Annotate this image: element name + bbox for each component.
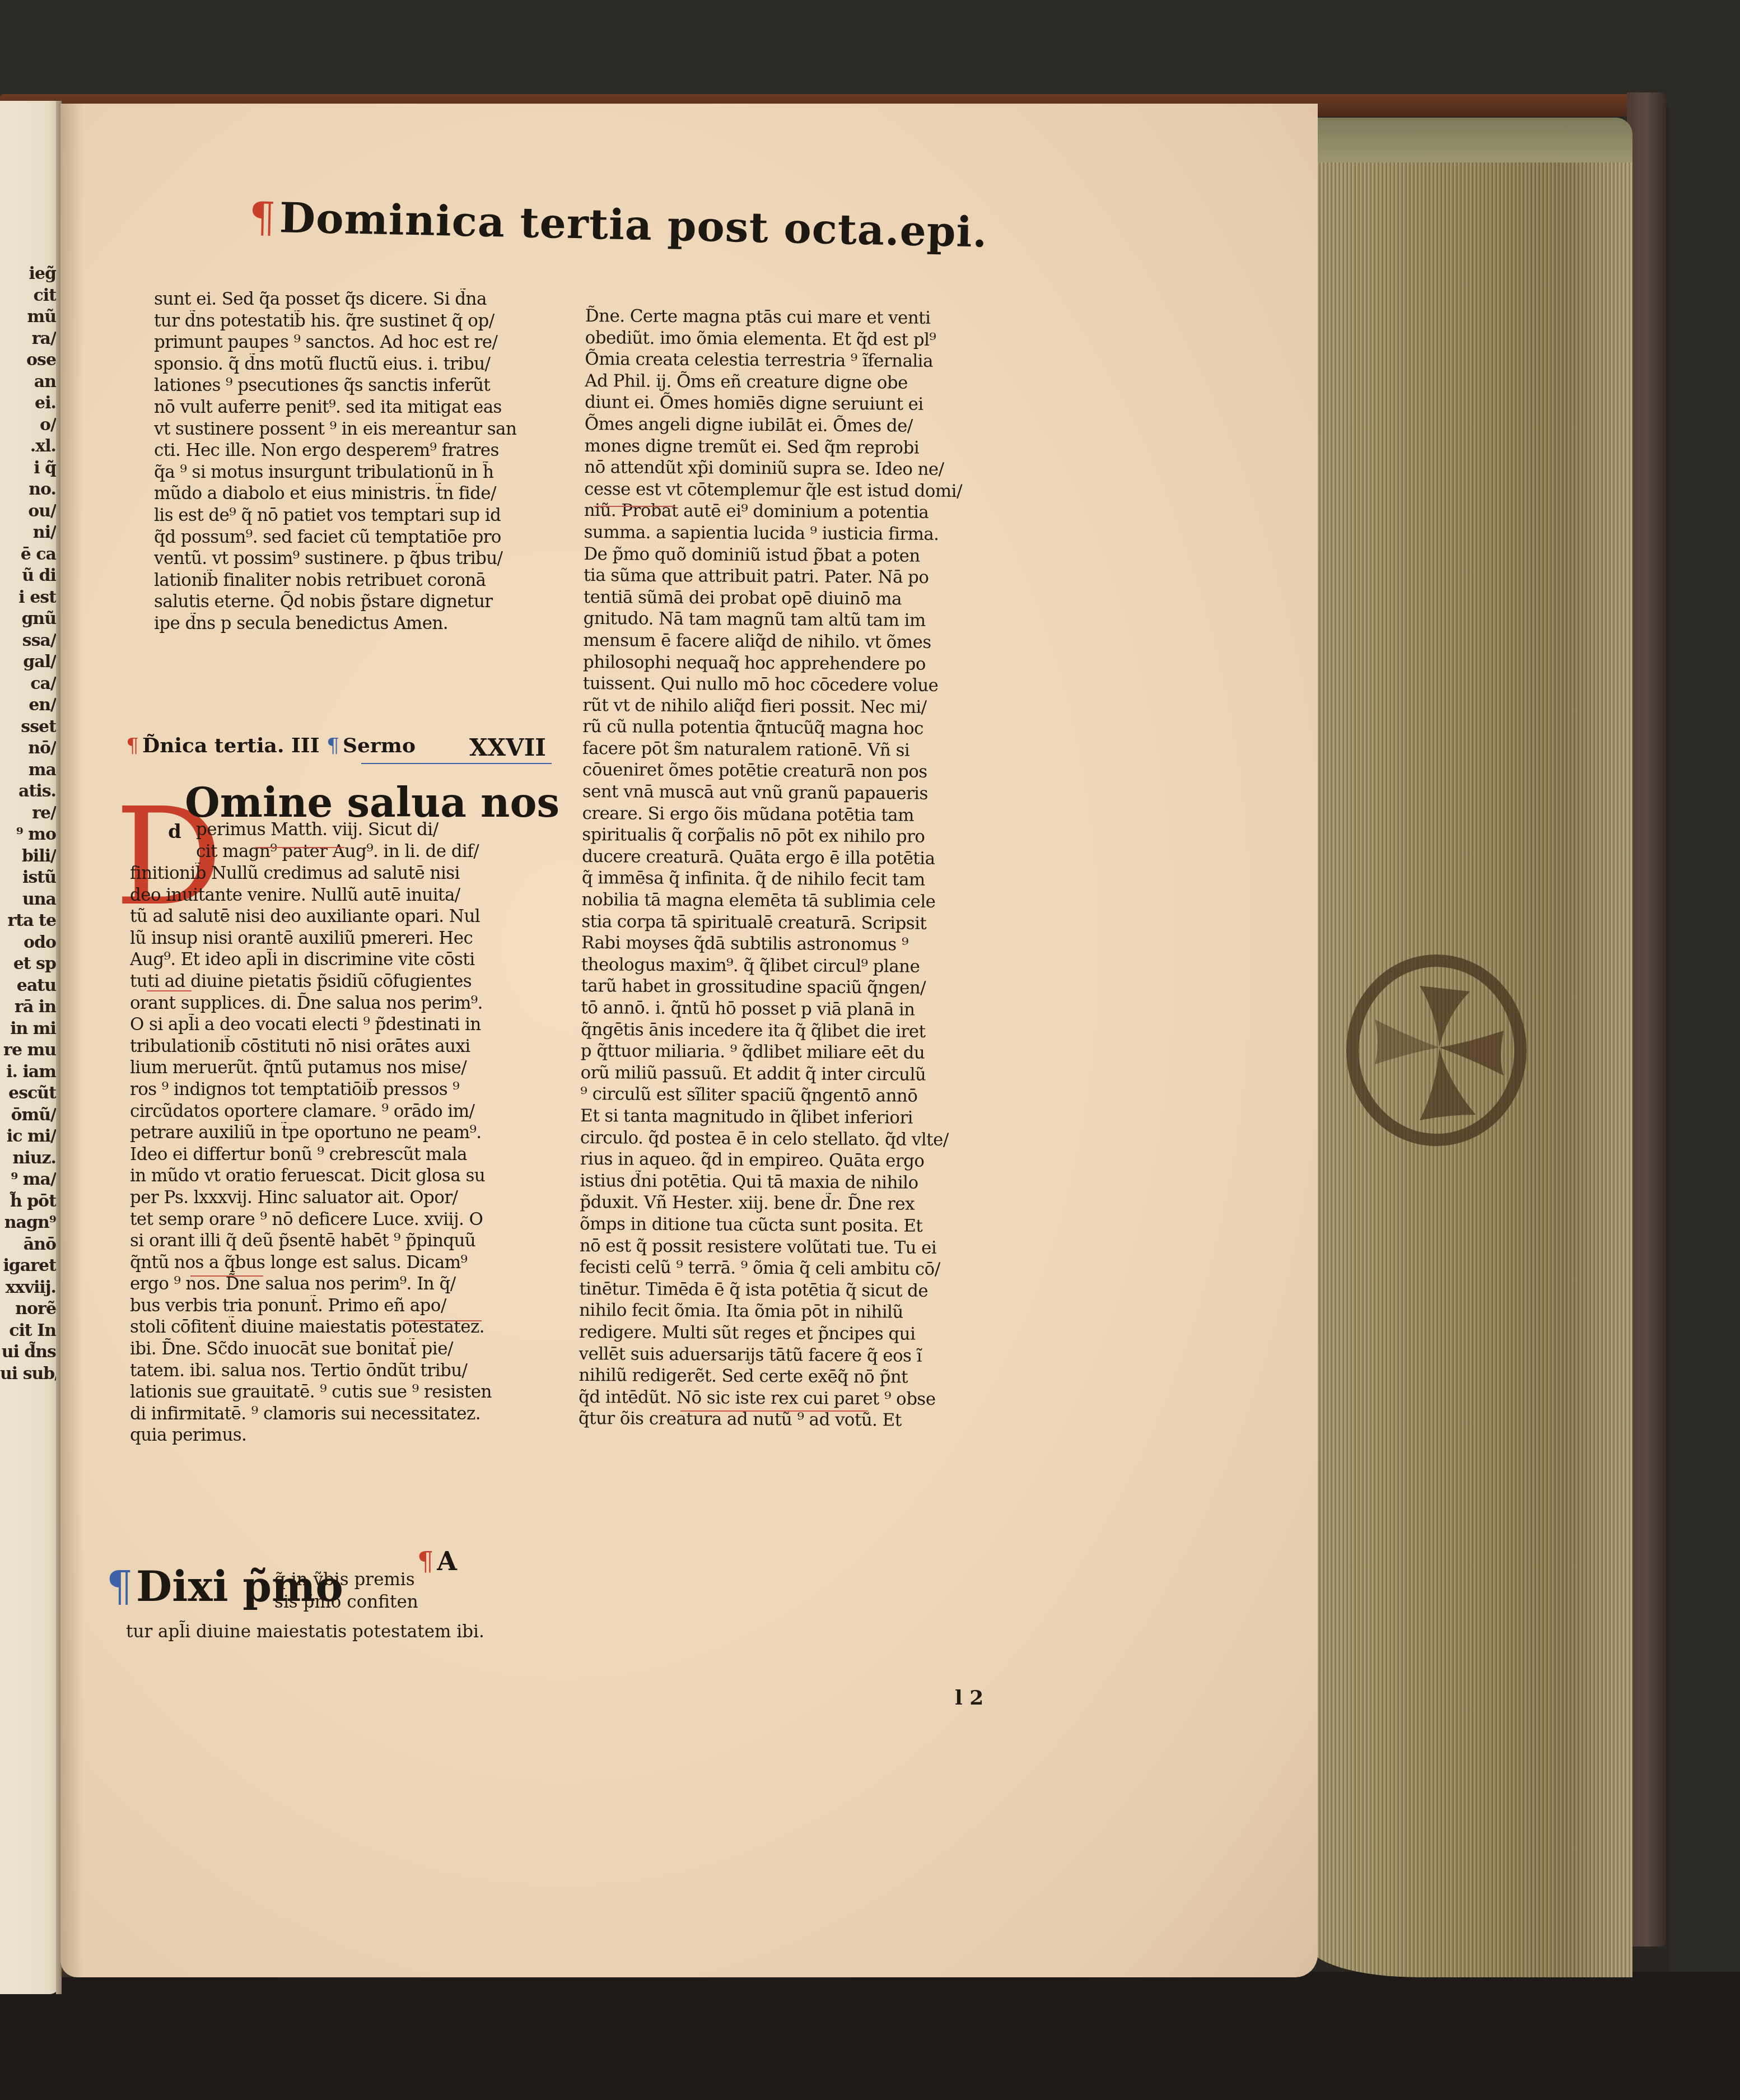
facing-page-fragment: ma <box>0 760 56 781</box>
facing-page-fragment: in mi <box>0 1018 56 1040</box>
text-line: perimus Matth. viij. Sicut di/ <box>196 819 554 841</box>
facing-page-fragment: igaret <box>0 1255 56 1277</box>
facing-page-fragment: xxviij. <box>0 1277 56 1299</box>
dixi-side-line: sis p̃mo confiten <box>274 1591 538 1613</box>
text-line: rũt vt de nihilo aliq̃d fieri possit. Ne… <box>583 695 1031 719</box>
facing-page-fragment: una <box>0 889 56 911</box>
red-underline-luce <box>403 1320 482 1321</box>
text-line: cōueniret õmes potētie creaturā non po… <box>582 759 1030 783</box>
sermon-heading: ¶D̃nica tertia. III ¶Sermo XXVII <box>126 734 552 757</box>
facing-page-fragment: .xl. <box>0 436 56 458</box>
facing-page-fragment: mũ <box>0 306 56 328</box>
text-line: mũdo a diabolo et eius ministris. t̃n fi… <box>154 483 557 505</box>
text-line: tentiā sũmā dei probat opē diuinō ma <box>584 586 1032 611</box>
dominica-label: D̃nica tertia. III <box>142 734 320 757</box>
signature-mark: l 2 <box>955 1686 983 1710</box>
photo-backdrop-right <box>1669 0 1740 2100</box>
text-line: q̃ngētis ānis incedere ita q̃ q̃libet di… <box>581 1019 1029 1043</box>
red-underline-matth <box>255 847 344 848</box>
text-line: niũ. Probat autē ei⁹ dominium a potentia <box>584 500 1032 524</box>
text-line: p q̃ttuor miliaria. ⁹ q̃dlibet miliare e… <box>581 1040 1029 1064</box>
facing-page-fragment: ei. <box>0 393 56 415</box>
text-line: circulo. q̃d postea ē in celo stellato. … <box>580 1127 1028 1151</box>
facing-page-fragment: ou/ <box>0 501 56 523</box>
text-line: tatem. ibi. salua nos. Tertio ōndũt trib… <box>130 1360 550 1382</box>
facing-page-fragment: ic mi/ <box>0 1126 56 1148</box>
sermo-label: Sermo <box>343 734 416 757</box>
dixi-side-text: q̃ in ṽbis premis sis p̃mo confiten <box>274 1568 538 1613</box>
text-line: istius d̃ni potētia. Qui tā maxia de nih… <box>580 1170 1028 1194</box>
facing-page-fragment: gal/ <box>0 651 56 673</box>
book-cover-right-board <box>1627 92 1666 1947</box>
text-line: nō attendũt xp̃i dominiũ supra se. Ideo … <box>584 457 1032 481</box>
facing-page-fragment: en/ <box>0 695 56 716</box>
facing-page-fragment: norẽ <box>0 1298 56 1320</box>
text-line: nobilia tā magna elemēta tā sublimia cel… <box>581 889 1029 913</box>
text-line: tur d̃ns potestatib̃ his. q̃re sustinet … <box>154 310 557 332</box>
text-line: q̃d intēdũt. Nō sic iste rex cui paret ⁹… <box>579 1386 1027 1410</box>
text-line: tũ ad salutē nisi deo auxiliante opari. … <box>130 906 550 928</box>
facing-page-fragment: re mu <box>0 1040 56 1061</box>
facing-page-fragment: niuz. <box>0 1148 56 1170</box>
text-line: O si apl̃i a deo vocati electi ⁹ p̃desti… <box>130 1014 550 1036</box>
pilcrow-blue-icon: ¶ <box>326 734 339 757</box>
facing-page-fragment: ē ca <box>0 544 56 566</box>
text-line: circũdatos oportere clamare. ⁹ orādo im/ <box>130 1101 550 1123</box>
text-line: stoli cōfitent̃ diuine maiestatis potest… <box>130 1316 550 1338</box>
facing-page-fragment: nagn⁹ <box>0 1212 56 1234</box>
text-line: ipe d̃ns p secula benedictus Amen. <box>154 613 557 635</box>
text-line: tribulationib̃ cōstituti nō nisi orātes … <box>130 1036 550 1058</box>
facing-page-fragment: ⁹ mo <box>0 824 56 846</box>
facing-page-fragment: cit <box>0 285 56 307</box>
facing-page-fragment: rā in <box>0 997 56 1018</box>
text-line: nihilũ redigerẽt. Sed certe exēq̃ nō p… <box>579 1365 1027 1389</box>
text-line: creare. Si ergo õis mũdana potētia tam <box>582 803 1030 827</box>
text-line: gnitudo. Nā tam magnũ tam altũ tam im <box>583 608 1031 632</box>
pilcrow-red-icon: ¶ <box>249 193 277 242</box>
text-line: Õmia creata celestia terrestria ⁹ ĩfer… <box>585 348 1033 372</box>
text-line: deo inuitante venire. Nullũ autē inuita… <box>130 884 550 906</box>
text-line: si orant illi q̃ deũ p̃sentē habēt ⁹ p̃p… <box>130 1230 550 1252</box>
red-underline-hester <box>680 1410 868 1412</box>
facing-page-fragment: ose <box>0 350 56 371</box>
dixi-side-line: q̃ in ṽbis premis <box>274 1568 538 1591</box>
sermon-body-lines: finitionib̃ Nullũ credimus ad salutē nis… <box>130 863 550 1446</box>
photo-backdrop-top <box>0 0 1740 106</box>
text-line: diunt ei. Õmes homiēs digne seruiunt ei <box>585 392 1033 416</box>
guide-letter: d <box>168 821 181 843</box>
facing-page-fragment: ni/ <box>0 522 56 544</box>
text-line: õmps in ditione tua cũcta sunt posita. … <box>580 1213 1028 1237</box>
text-line: Ideo ei differtur bonũ ⁹ crebrescũt mal… <box>130 1144 550 1166</box>
spine-shadow <box>60 104 83 1977</box>
text-line: sunt ei. Sed q̃a posset q̃s dicere. Si d… <box>154 288 557 310</box>
text-line: lationib̃ finaliter nobis retribuet coro… <box>154 570 557 592</box>
text-line: lium meruerũt. q̃ntũ putamus nos mise/ <box>130 1057 550 1079</box>
photo-backdrop-bottom <box>0 1972 1740 2100</box>
text-line: ibi. D̃ne. Sc̃do inuocāt sue bonitat̃ pi… <box>130 1338 550 1360</box>
facing-page-fragment: an <box>0 371 56 393</box>
blue-underline <box>361 763 552 764</box>
text-line: mones digne tremũt ei. Sed q̃m reprobi <box>584 435 1032 459</box>
text-line: cit magn⁹ pater Aug⁹. in li. de dif/ <box>196 841 554 863</box>
text-line: di infirmitatē. ⁹ clamoris sui necessita… <box>130 1403 550 1425</box>
text-line: lationis sue grauitatē. ⁹ cutis sue ⁹ re… <box>130 1381 550 1403</box>
facing-page-fragment: nō/ <box>0 738 56 760</box>
facing-page-fragment: et sp <box>0 953 56 975</box>
pilcrow-blue-icon: ¶ <box>106 1563 133 1611</box>
text-line: salutis eterne. Q̃d nobis p̃stare dignet… <box>154 591 557 613</box>
text-line: tinētur. Timēda ē q̃ ista potētia q̃ sic… <box>579 1278 1027 1302</box>
text-line: q̃ntũ nos a q̃bus longe est salus. Dicam… <box>130 1252 550 1274</box>
pilcrow-red-icon: ¶ <box>126 734 139 757</box>
text-line: petrare auxiliũ in t̃pe oportuno ne peam… <box>130 1122 550 1144</box>
facing-page-fragment: ũ di <box>0 565 56 587</box>
text-line: ros ⁹ indignos tot temptatiōib̃ pressos … <box>130 1079 550 1101</box>
text-line: Et si tanta magnitudo in q̃libet inferio… <box>580 1105 1028 1129</box>
right-column-text: D̃ne. Certe magna ptās cui mare et venti… <box>579 305 1033 1432</box>
circle-cross-mark-icon <box>1336 947 1543 1154</box>
facing-page-fragment: ieg̃ <box>0 263 56 285</box>
text-line: fecisti celũ ⁹ terrā. ⁹ õmia q̃ celi am… <box>579 1256 1027 1281</box>
facing-page-fragment: i est <box>0 587 56 609</box>
text-line: Ad Phil. ij. Õms eñ creature digne obe <box>585 370 1033 394</box>
facing-page-fragment: eatu <box>0 975 56 997</box>
facing-page-fragment: ssa/ <box>0 630 56 652</box>
text-line: ducere creaturā. Quāta ergo ē illa potēt… <box>582 846 1030 870</box>
facing-page-fragment: no. <box>0 479 56 501</box>
facing-page-fragment: atis. <box>0 781 56 803</box>
text-line: sponsio. q̃ d̃ns motũ fluctũ eius. i. tr… <box>154 353 557 375</box>
text-line: tō annō. i. q̃ntũ hō posset p viā plan… <box>581 997 1029 1021</box>
text-line: q̃d possum⁹. sed faciet cũ temptatiōe pr… <box>154 527 557 548</box>
facing-page-fragment: odo <box>0 932 56 954</box>
text-line: cesse est vt cōtemplemur q̃le est istud … <box>584 478 1032 502</box>
red-underline-aug <box>147 990 192 991</box>
text-line: cti. Hec ille. Non ergo desperem⁹ fratre… <box>154 440 557 462</box>
text-line: ⁹ circulũ est sĩliter spaciũ q̃ngentō … <box>580 1083 1028 1107</box>
text-line: in mũdo vt oratio feruescat. Dicit glosa… <box>130 1165 550 1187</box>
text-line: facere pōt s̃m naturalem rationē. Vñ si <box>582 738 1030 762</box>
text-line: stia corpa tā spiritualē creaturā. Scrip… <box>581 911 1029 935</box>
facing-page-fragment: istũ <box>0 867 56 889</box>
text-line: vellēt suis aduersarijs tātũ facere q̃ e… <box>579 1343 1027 1367</box>
text-line: sent vnā muscā aut vnũ granũ papaueris <box>582 781 1030 805</box>
text-line: primunt paupes ⁹ sanctos. Ad hoc est re/ <box>154 332 557 353</box>
facing-page-fragment: ōmũ/ <box>0 1105 56 1126</box>
dixi-tail-line: tur apl̃i diuine maiestatis potestatem i… <box>126 1622 484 1642</box>
text-line: philosophi nequaq̃ hoc apprehendere po <box>583 651 1031 675</box>
text-line: theologus maxim⁹. q̃ q̃libet circul⁹ pla… <box>581 954 1029 978</box>
text-line: lis est de⁹ q̃ nō patiet vos temptari su… <box>154 505 557 527</box>
facing-page-fragment: gnũ <box>0 608 56 630</box>
text-line: vt sustinere possent ⁹ in eis mereantur … <box>154 418 557 440</box>
text-line: rius in aqueo. q̃d in empireo. Quāta erg… <box>580 1148 1028 1172</box>
sermo-number: XXVII <box>469 734 546 761</box>
text-line: q̃ immēsa q̃ infinita. q̃ de nihilo feci… <box>582 867 1030 891</box>
facing-page-fragment: ra/ <box>0 328 56 350</box>
facing-page-fragment: i. iam <box>0 1061 56 1083</box>
facing-page-fragment: escũt <box>0 1083 56 1105</box>
text-line: obediũt. imo õmia elementa. Et q̃d est … <box>585 327 1033 351</box>
facing-page-fragment: re/ <box>0 803 56 825</box>
text-line: lationes ⁹ psecutiones q̃s sanctis infer… <box>154 375 557 397</box>
text-line: D̃ne. Certe magna ptās cui mare et venti <box>585 305 1033 329</box>
facing-page-fragment: sset <box>0 716 56 738</box>
text-line: mensum ē facere aliq̃d de nihilo. vt õm… <box>583 630 1031 654</box>
text-line: De p̃mo quõ dominiũ istud p̃bat a poten <box>584 543 1032 567</box>
red-underline-ps <box>190 1275 263 1277</box>
text-line: tuissent. Qui nullo mō hoc cōcedere volu… <box>583 673 1031 697</box>
text-line: ergo ⁹ nos. D̃ne salua nos perim⁹. In q̃… <box>130 1273 550 1295</box>
text-line: quia perimus. <box>130 1424 550 1446</box>
text-line: nihilo fecit õmia. Ita õmia pōt in nih… <box>579 1300 1027 1324</box>
facing-page-fragment: cit In <box>0 1320 56 1342</box>
facing-page-fragment: ui sub/ <box>0 1363 56 1385</box>
text-line: spiritualis q̃ corp̃alis nō pōt ex nihil… <box>582 824 1030 848</box>
facing-page-fragment: ui d̃ns <box>0 1342 56 1363</box>
text-line: lũ insup nisi orantē auxiliũ pmereri. He… <box>130 928 550 949</box>
text-line: per Ps. lxxxvij. Hinc saluator ait. Opor… <box>130 1187 550 1209</box>
facing-page-fragment: h̃ pōt <box>0 1191 56 1213</box>
facing-page-fragment: ⁹ ma/ <box>0 1169 56 1191</box>
text-line: tet semp orare ⁹ nō deficere Luce. xviij… <box>130 1209 550 1231</box>
text-line: orũ miliũ passuũ. Et addit q̃ inter circ… <box>581 1062 1029 1086</box>
left-column-text: sunt ei. Sed q̃a posset q̃s dicere. Si d… <box>154 288 557 635</box>
facing-page-fragment: rta te <box>0 910 56 932</box>
facing-page-fragment: i q̃ <box>0 458 56 479</box>
left-page-line-endings: ieg̃citmũra/oseanei.o/.xl.i q̃no.ou/ni/ē… <box>0 263 56 1385</box>
text-line: redigere. Multi sũt reges et p̃ncipes qu… <box>579 1321 1027 1345</box>
red-underline-phil <box>594 506 675 507</box>
facing-page-fragment: o/ <box>0 415 56 436</box>
text-line: tarũ habet in grossitudine spaciũ q̃ngen… <box>581 975 1029 999</box>
facing-page-fragment: ānō <box>0 1234 56 1256</box>
text-line: bus verbis tria ponunt̃. Primo eñ apo/ <box>130 1295 550 1317</box>
text-line: p̃duxit. Vñ Hester. xiij. bene d̃r. D̃n… <box>580 1191 1028 1216</box>
text-line: Õmes angeli digne iubilāt ei. Õmes de/ <box>585 413 1033 437</box>
text-line: nō vult auferre penit⁹. sed ita mitigat … <box>154 397 557 418</box>
text-line: finitionib̃ Nullũ credimus ad salutē nis… <box>130 863 550 884</box>
text-line: Rabi moyses q̃dā subtilis astronomus ⁹ <box>581 932 1029 956</box>
text-line: nō est q̃ possit resistere volũtati tue.… <box>580 1235 1028 1259</box>
facing-page-fragment: ca/ <box>0 673 56 695</box>
sermon-indented-lines: perimus Matth. viij. Sicut di/cit magn⁹ … <box>196 819 554 862</box>
text-line: rũ cũ nulla potentia q̃ntucũq̃ magna hoc <box>582 716 1030 740</box>
text-line: summa. a sapientia lucida ⁹ iusticia fir… <box>584 521 1032 546</box>
text-line: q̃a ⁹ si motus insurgunt tribulationũ in… <box>154 462 557 483</box>
text-line: orant supplices. di. D̃ne salua nos peri… <box>130 993 550 1014</box>
facing-page-fragment: bili/ <box>0 846 56 868</box>
text-line: ventũ. vt possim⁹ sustinere. p q̃bus tri… <box>154 548 557 570</box>
text-line: tuti ad diuine pietatis p̃sidiũ cōfugien… <box>130 971 550 993</box>
text-line: Aug⁹. Et ideo apl̃i in discrimine vite c… <box>130 949 550 971</box>
text-line: tia sũma que attribuit patri. Pater. Nā … <box>584 565 1032 589</box>
